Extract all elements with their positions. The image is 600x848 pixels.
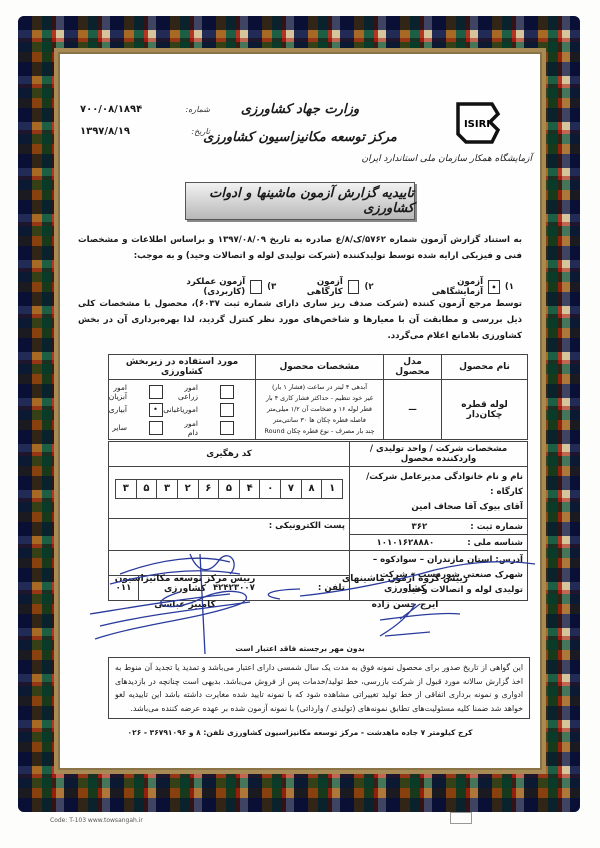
manager-value: آقای بیوک آقا صحاف امین (354, 500, 523, 515)
date-row: تاریخ: ۱۳۹۷/۸/۱۹ (80, 120, 210, 142)
tracking-code: ۱ ۸ ۷ ۰ ۴ ۵ ۶ ۲ ۳ ۵ ۳ (115, 479, 343, 499)
number-row: شماره: ۷۰۰/۰۸/۱۸۹۴ (80, 98, 210, 120)
date-label: تاریخ: (191, 127, 210, 136)
usage-checkbox[interactable] (220, 403, 234, 417)
usage-label: امور زراعی (182, 383, 200, 401)
tracking-digit: ۳ (156, 480, 177, 498)
manager-label: نام و نام خانوادگی مدیرعامل شرکت/کارگاه … (354, 470, 523, 500)
registration-cell: شماره ثبت : ۳۶۲ (350, 519, 528, 535)
print-code: Code: T-103 www.towsangah.ir (50, 817, 143, 824)
spec-line: آبدهی ۴ لیتر در ساعت (فشار ۱ بار) (260, 382, 379, 393)
letter-meta: شماره: ۷۰۰/۰۸/۱۸۹۴ تاریخ: ۱۳۹۷/۸/۱۹ (80, 98, 210, 142)
certificate-page: ISIRI آزمایشگاه همکار سازمان ملی استاندا… (60, 54, 540, 768)
body-paragraph: توسط مرجع آزمون کننده (شرکت صدف ریز ساری… (78, 296, 522, 344)
certificate-sheet: ISIRI آزمایشگاه همکار سازمان ملی استاندا… (0, 0, 600, 848)
spec-line: چند بار مصرف - نوع قطره چکان Round (260, 426, 379, 437)
test-lab: ۱) • آزمون آزمایشگاهی (418, 277, 514, 297)
registration-label: شماره ثبت : (470, 522, 523, 532)
test-workshop: ۲) آزمون کارگاهی (290, 277, 373, 297)
signatory-name: ایرج حسن زاده (320, 600, 490, 610)
signatory-title: رییس مرکز توسعه مکانیزاسیون کشاورزی (100, 574, 270, 594)
usage-label: امور آبزیان (111, 383, 129, 401)
document-title-banner: تاییدیه گزارش آزمون ماشینها و ادوات کشاو… (185, 182, 415, 220)
test-types: ۱) • آزمون آزمایشگاهی ۲) آزمون کارگاهی ۳… (160, 277, 514, 297)
tracking-digit: ۳ (116, 480, 136, 498)
tracking-digit: ۲ (177, 480, 198, 498)
national-id-value: ۱۰۱۰۱۶۲۸۸۸۰ (377, 538, 435, 548)
tracking-digit: ۱ (321, 480, 342, 498)
spec-line: فاصله قطره چکان ها ۳۰ سانتی‌متر (260, 415, 379, 426)
test-label: آزمون کارگاهی (290, 277, 343, 297)
product-table: نام محصول مدل محصول مشخصات محصول مورد اس… (108, 354, 528, 440)
footer-address: کرج کیلومتر ۷ جاده ماهدشت - مرکز توسعه م… (60, 728, 540, 737)
intro-paragraph: به استناد گزارش آزمون شماره ۵۷۶۲/ک/۸/ع ص… (78, 232, 522, 264)
company-header: مشخصات شرکت / واحد تولیدی / واردکننده مح… (350, 442, 528, 467)
test-number: ۳) (267, 282, 276, 292)
usage-cell: امور زراعی امور آبزیان اموریاغبانی • آبی… (109, 380, 256, 440)
spec-line: غیر خود تنظیم - حداکثر فشار کاری ۴ بار (260, 393, 379, 404)
tracking-digit: ۸ (301, 480, 322, 498)
usage-checkbox[interactable] (220, 385, 234, 399)
usage-label: امور دام (182, 419, 200, 437)
certificate-terms: این گواهی از تاریخ صدور برای محصول نمونه… (108, 657, 530, 719)
tracking-digit: ۵ (218, 480, 239, 498)
tracking-digit: ۷ (280, 480, 301, 498)
product-specs: آبدهی ۴ لیتر در ساعت (فشار ۱ بار) غیر خو… (256, 380, 384, 440)
tracking-header: کد رهگیری (109, 442, 350, 467)
col-usage: مورد استفاده در زیربخش کشاورزی (109, 355, 256, 380)
test-checkbox[interactable] (250, 280, 262, 294)
signature-left: رییس مرکز توسعه مکانیزاسیون کشاورزی کامب… (100, 574, 270, 610)
tracking-digit: ۶ (198, 480, 219, 498)
logo-caption: آزمایشگاه همکار سازمان ملی استاندارد ایر… (362, 154, 532, 164)
usage-checkbox[interactable]: • (149, 403, 163, 417)
test-label: آزمون آزمایشگاهی (418, 277, 483, 297)
spec-line: قطر لوله ۱۶ و ضخامت آن ۱/۲ میلی‌متر (260, 404, 379, 415)
test-performance: ۳) آزمون عملکرد (کاربردی) (160, 277, 276, 297)
usage-checkbox[interactable] (149, 421, 163, 435)
printer-logo-icon (450, 812, 472, 824)
tracking-digit: ۰ (259, 480, 280, 498)
svg-text:ISIRI: ISIRI (464, 119, 490, 130)
usage-checkbox[interactable] (220, 421, 234, 435)
test-number: ۲) (364, 282, 373, 292)
test-number: ۱) (505, 282, 514, 292)
product-model: — (384, 380, 442, 440)
tracking-digit: ۵ (136, 480, 157, 498)
tracking-code-cell: ۱ ۸ ۷ ۰ ۴ ۵ ۶ ۲ ۳ ۵ ۳ (109, 467, 350, 519)
test-label: آزمون عملکرد (کاربردی) (160, 277, 245, 297)
email-cell: پست الکترونیکی : (109, 519, 350, 551)
tracking-digit: ۴ (239, 480, 260, 498)
usage-label: سایر (111, 419, 129, 437)
email-label: پست الکترونیکی : (269, 521, 345, 531)
date-value: ۱۳۹۷/۸/۱۹ (80, 126, 130, 137)
signatory-name: کامبیز عباسی (100, 600, 270, 610)
product-name: لوله قطره چکان‌دار (442, 380, 528, 440)
product-table-header: نام محصول مدل محصول مشخصات محصول مورد اس… (109, 355, 528, 380)
number-label: شماره: (185, 105, 210, 114)
usage-label: آبیاری (111, 401, 129, 419)
test-checkbox[interactable] (348, 280, 360, 294)
number-value: ۷۰۰/۰۸/۱۸۹۴ (80, 104, 142, 115)
national-id-label: شناسه ملی : (467, 538, 523, 548)
product-row: لوله قطره چکان‌دار — آبدهی ۴ لیتر در ساع… (109, 380, 528, 440)
col-product-specs: مشخصات محصول (256, 355, 384, 380)
manager-cell: نام و نام خانوادگی مدیرعامل شرکت/کارگاه … (350, 467, 528, 519)
usage-label: اموریاغبانی (182, 401, 200, 419)
signature-right: رییس گروه آزمون ماشینهای کشاورزی ایرج حس… (320, 574, 490, 610)
usage-grid: امور زراعی امور آبزیان اموریاغبانی • آبی… (111, 383, 253, 437)
registration-value: ۳۶۲ (412, 522, 428, 532)
col-product-name: نام محصول (442, 355, 528, 380)
signatory-title: رییس گروه آزمون ماشینهای کشاورزی (320, 574, 490, 594)
test-checkbox[interactable]: • (488, 280, 500, 294)
col-product-model: مدل محصول (384, 355, 442, 380)
stamp-note: بدون مهر برجسته فاقد اعتبار است (60, 644, 540, 653)
national-id-cell: شناسه ملی : ۱۰۱۰۱۶۲۸۸۸۰ (350, 535, 528, 551)
usage-checkbox[interactable] (149, 385, 163, 399)
